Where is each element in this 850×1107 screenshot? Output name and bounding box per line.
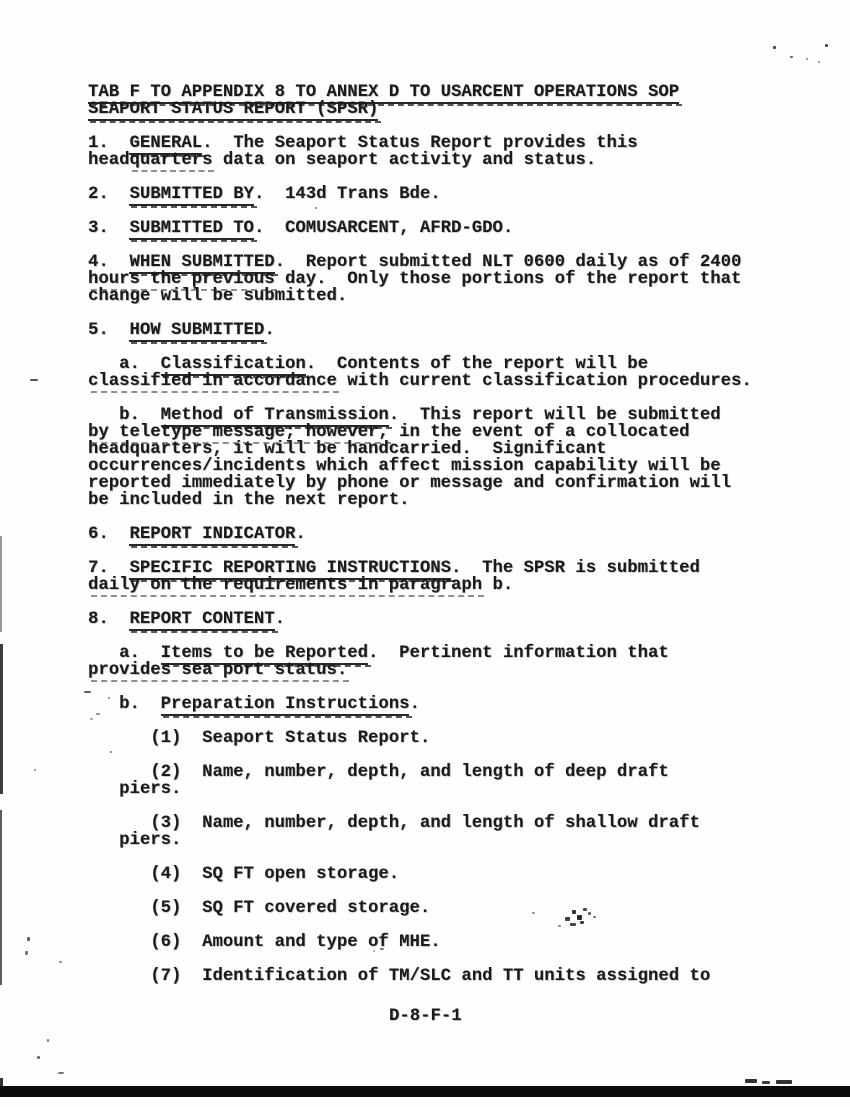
document-line: hours the previous day. Only those porti… [88,271,752,288]
document-line: (4) SQ FT open storage. [88,866,752,883]
scan-speck [373,950,375,952]
document-line: be included in the next report. [88,492,752,509]
document-line: 8. REPORT CONTENT. [88,611,752,628]
ink-smudge [565,917,570,921]
document-line [88,747,752,764]
text-run: . [275,610,285,629]
scan-speck [745,1079,757,1083]
ink-smudge [558,925,561,927]
document-line: a. Items to be Reported. Pertinent infor… [88,645,752,662]
underlined-text: HOW SUBMITTED [129,321,264,342]
document-line: (6) Amount and type of MHE. [88,934,752,951]
ink-smudge [572,910,576,914]
document-line [88,883,752,900]
text-run: b. [482,576,513,595]
document-line: (1) Seaport Status Report. [88,730,752,747]
scan-speck [90,718,93,720]
document-line [88,951,752,968]
document-line [88,849,752,866]
text-run: 5. [88,321,129,340]
scanned-document-page: TAB F TO APPENDIX 8 TO ANNEX D TO USARCE… [0,0,850,1107]
text-run: piers. [88,780,181,799]
text-run: (7) Identification of TM/SLC and TT unit… [88,967,710,986]
text-run: . Pertinent information that [368,644,669,663]
text-run: 6. [88,525,129,544]
scan-speck [30,379,38,381]
underlined-text: SUBMITTED TO [129,219,253,240]
document-line: (2) Name, number, depth, and length of d… [88,764,752,781]
scan-speck [59,961,62,963]
scan-speck [825,44,828,47]
text-run: . 143d Trans Bde. [254,185,441,204]
document-line: headquarters data on seaport activity an… [88,152,752,169]
text-run: 8. [88,610,129,629]
document-line [88,509,752,526]
document-line: a. Classification. Contents of the repor… [88,356,752,373]
document-line [88,798,752,815]
text-run: b. [88,695,161,714]
underlined-text: REPORT INDICATOR [129,525,295,546]
document-line: 2. SUBMITTED BY. 143d Trans Bde. [88,186,752,203]
underlined-text: SEAPORT STATUS REPORT (SPSR) [88,100,378,121]
scan-speck [58,1072,64,1074]
underlined-text: hours the previous [88,270,275,289]
underlined-text: REPORT CONTENT [129,610,274,631]
scan-speck [27,937,30,941]
ink-smudge [577,915,582,920]
document-line: 1. GENERAL. The Seaport Status Report pr… [88,135,752,152]
document-line: piers. [88,781,752,798]
text-run: piers. [88,831,181,850]
underlined-text: SUBMITTED BY [129,185,253,206]
document-line: by teletype message; however, in the eve… [88,424,752,441]
document-line: provides sea port status. [88,662,752,679]
text-run: (4) SQ FT open storage. [88,865,399,884]
scan-speck [806,58,808,60]
document-line: classified in accordance with current cl… [88,373,752,390]
ink-smudge [570,923,576,926]
scan-speck [380,948,384,950]
scan-speck [315,207,317,209]
underlined-text: provides sea port status. [88,661,347,680]
document-line: (3) Name, number, depth, and length of s… [88,815,752,832]
scanner-edge-bar [0,1086,850,1097]
document-line: 3. SUBMITTED TO. COMUSARCENT, AFRD-GDO. [88,220,752,237]
document-body: TAB F TO APPENDIX 8 TO ANNEX D TO USARCE… [88,84,752,985]
document-line [88,305,752,322]
scan-speck [110,751,112,753]
underlined-text: quarters [129,151,212,170]
underlined-text: by teletype message; however, [88,423,389,442]
document-line: daily on the requirements in paragraph b… [88,577,752,594]
document-line: 5. HOW SUBMITTED. [88,322,752,339]
scan-speck [773,46,776,49]
document-line: (5) SQ FT covered storage. [88,900,752,917]
text-run: head [88,151,129,170]
document-line: piers. [88,832,752,849]
document-line: b. Method of Transmission. This report w… [88,407,752,424]
scan-speck [25,951,28,955]
page-number: D-8-F-1 [389,1008,462,1025]
scan-speck [790,56,793,58]
text-run: (5) SQ FT covered storage. [88,899,430,918]
text-run: . COMUSARCENT, AFRD-GDO. [254,219,513,238]
scan-speck [34,769,36,771]
underlined-text: classified in accordance [88,372,337,391]
ink-smudge [580,921,584,924]
document-line: (7) Identification of TM/SLC and TT unit… [88,968,752,985]
scan-speck [84,691,91,693]
scan-speck [96,713,100,715]
underlined-text: Preparation Instructions [161,695,410,716]
scan-speck [818,61,820,63]
text-run: . [409,695,419,714]
document-line: 7. SPECIFIC REPORTING INSTRUCTIONS. The … [88,560,752,577]
text-run: data on seaport activity and status. [212,151,596,170]
ink-smudge [532,912,535,914]
scan-speck [47,1039,49,1042]
document-line: b. Preparation Instructions. [88,696,752,713]
document-line: reported immediately by phone or message… [88,475,752,492]
scan-speck [762,1081,770,1084]
underlined-text: daily on the requirements in paragraph [88,576,482,595]
document-line: TAB F TO APPENDIX 8 TO ANNEX D TO USARCE… [88,84,752,101]
document-line: 6. REPORT INDICATOR. [88,526,752,543]
text-run: 3. [88,219,129,238]
document-line: 4. WHEN SUBMITTED. Report submitted NLT … [88,254,752,271]
ink-smudge [593,916,596,918]
text-run: with current classification procedures. [337,372,752,391]
left-edge-scan-line [0,644,3,794]
text-run: . [264,321,274,340]
scan-speck [108,697,110,699]
scan-speck [776,1080,792,1084]
text-run: 2. [88,185,129,204]
ink-smudge [583,908,587,911]
text-run: (6) Amount and type of MHE. [88,933,441,952]
ink-smudge [588,912,591,915]
left-edge-scan-line [0,810,2,985]
text-run: (1) Seaport Status Report. [88,729,430,748]
text-run: . [295,525,305,544]
document-line: occurrences/incidents which affect missi… [88,458,752,475]
scan-speck [37,1056,40,1059]
document-line [88,917,752,934]
left-edge-scan-line [0,536,2,632]
text-run: be included in the next report. [88,491,409,510]
